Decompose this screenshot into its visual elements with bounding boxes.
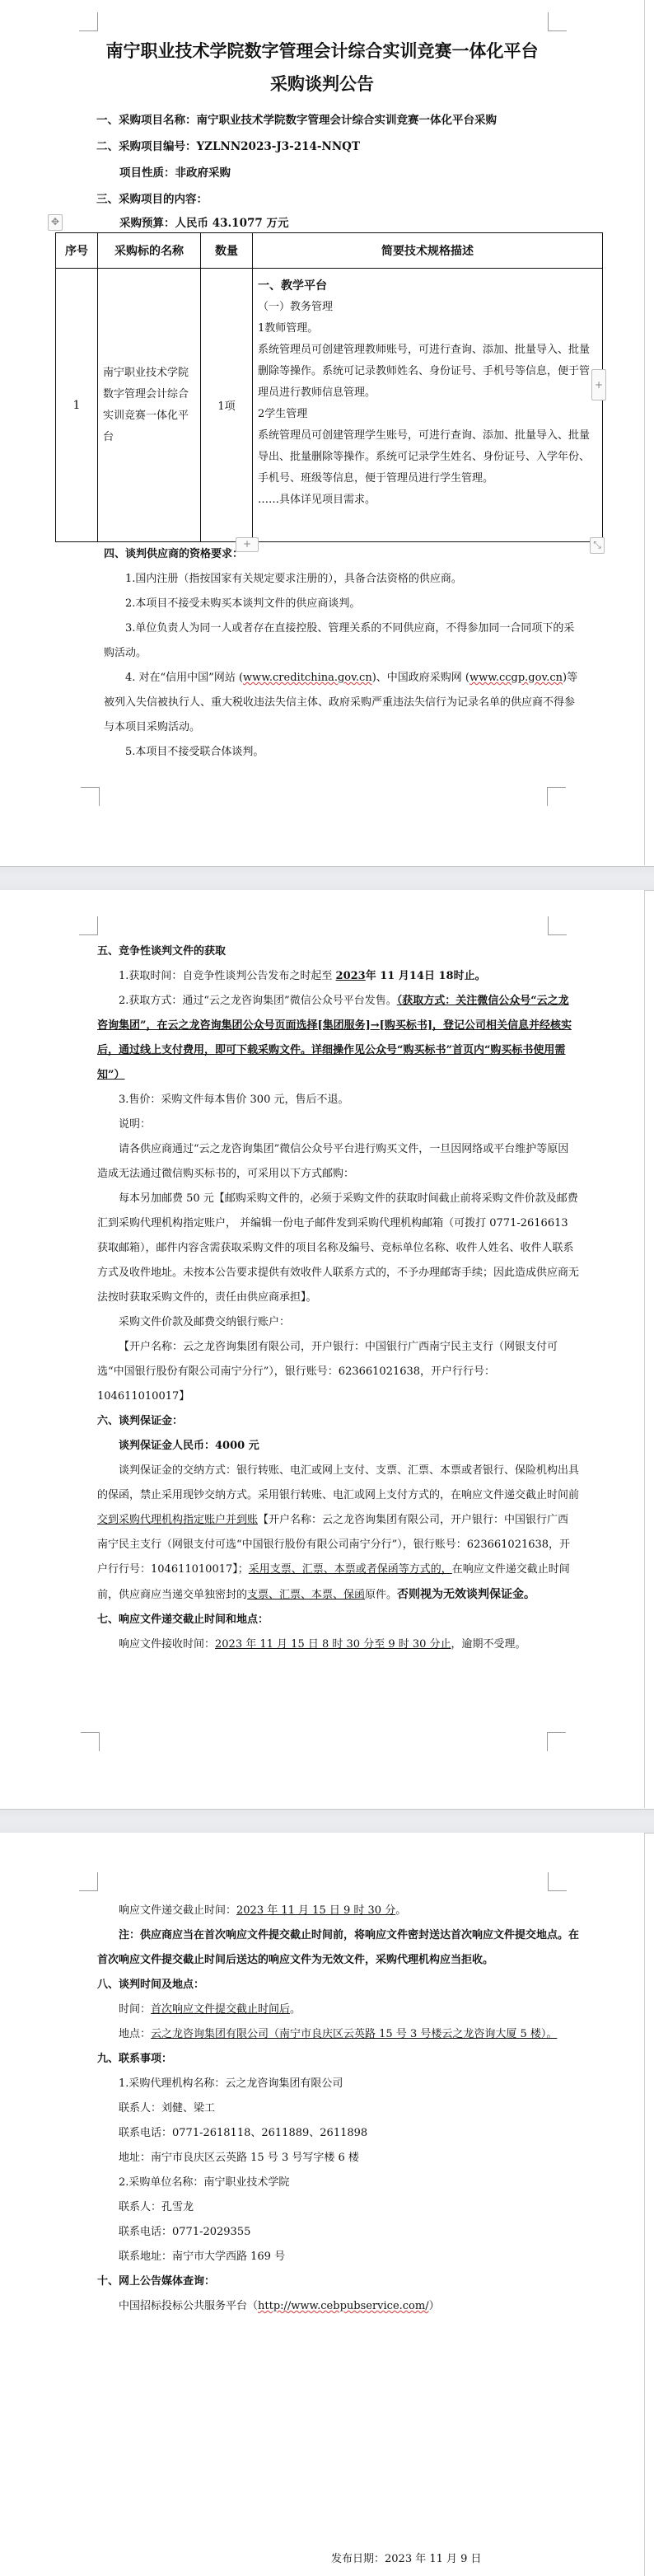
negotiation-time: 时间：首次响应文件提交截止时间后。 <box>97 1998 579 2022</box>
margin-corner-mark <box>79 1872 98 1891</box>
publish-date: 发布日期：2023 年 11 月 9 日 <box>331 2547 529 2572</box>
section6-heading: 六、谈判保证金： <box>97 1409 579 1434</box>
bank-info: 【开户名称：云之龙咨询集团有限公司，开户银行：中国银行广西南宁民主支行（网银支付… <box>97 1335 579 1409</box>
creditchina-link[interactable]: www.creditchina.gov.cn <box>243 672 372 684</box>
section3-heading: 三、采购项目的内容： <box>96 191 208 208</box>
header-quantity: 数量 <box>201 233 253 269</box>
qualification-item: 1.国内注册（指按国家有关规定要求注册的），具备合法资格的供应商。 <box>104 567 583 592</box>
header-description: 简要技术规格描述 <box>253 233 603 269</box>
margin-corner-mark <box>547 787 566 806</box>
note-label: 说明： <box>97 1112 579 1137</box>
page-1: 南宁职业技术学院数字管理会计综合实训竞赛一体化平台 采购谈判公告 一、采购项目名… <box>0 0 645 865</box>
contact-line: 联系人：孔雪龙 <box>97 2195 579 2220</box>
section-5: 五、竞争性谈判文件的获取 1.获取时间：自竞争性谈判公告发布之时起至 2023年… <box>97 939 579 1657</box>
page-break <box>0 866 654 891</box>
note-paragraph: 每本另加邮费 50 元【邮购采购文件的，必须于采购文件的获取时间截止前将采购文件… <box>97 1187 579 1310</box>
section10-heading: 十、网上公告媒体查询： <box>97 2269 579 2294</box>
page-break <box>0 1809 654 1834</box>
table-header-row: 序号 采购标的名称 数量 简要技术规格描述 <box>56 233 603 269</box>
margin-corner-mark <box>548 12 567 31</box>
margin-corner-mark <box>81 1732 100 1751</box>
bank-label: 采购文件价款及邮费交纳银行账户： <box>97 1310 579 1335</box>
margin-corner-mark <box>79 916 98 935</box>
deposit-paragraph: 谈判保证金的交纳方式：银行转账、电汇或网上支付、支票、汇票、本票或者银行、保险机… <box>97 1459 579 1608</box>
deposit-amount: 谈判保证金人民币：4000 元 <box>97 1434 579 1459</box>
contact-line: 联系电话：0771-2029355 <box>97 2220 579 2245</box>
section8-heading: 八、谈判时间及地点： <box>97 1973 579 1998</box>
cell-index: 1 <box>56 269 98 542</box>
page-2: 五、竞争性谈判文件的获取 1.获取时间：自竞争性谈判公告发布之时起至 2023年… <box>0 890 645 1808</box>
obtain-method: 2.获取方式：通过“云之龙咨询集团”微信公众号平台发售。（获取方式：关注微信公众… <box>97 989 579 1088</box>
cell-name: 南宁职业技术学院数字管理会计综合实训竞赛一体化平台 <box>98 269 201 542</box>
contact-line: 联系电话：0771-2618118、2611889、2611898 <box>97 2121 579 2146</box>
contact-line: 地址：南宁市良庆区云英路 15 号 3 号写字楼 6 楼 <box>97 2146 579 2171</box>
qualification-item: 3.单位负责人为同一人或者存在直接控股、管理关系的不同供应商，不得参加同一合同项… <box>104 616 583 666</box>
section4-heading: 四、谈判供应商的资格要求： <box>104 542 583 567</box>
cell-description: 一、教学平台 （一）教务管理 1教师管理。 系统管理员可创建管理教师账号，可进行… <box>253 269 603 542</box>
qualification-item: 5.本项目不接受联合体谈判。 <box>104 740 583 765</box>
section-4: 四、谈判供应商的资格要求： 1.国内注册（指按国家有关规定要求注册的），具备合法… <box>104 542 583 765</box>
contact-line: 联系地址：南宁市大学西路 169 号 <box>97 2245 579 2269</box>
header-name: 采购标的名称 <box>98 233 201 269</box>
document-title-line2: 采购谈判公告 <box>0 68 644 101</box>
contact-line: 联系人：刘健、梁工 <box>97 2096 579 2121</box>
project-number: 二、采购项目编号：YZLNN2023-J3-214-NNQT <box>96 138 360 155</box>
contact-line: 1.采购代理机构名称：云之龙咨询集团有限公司 <box>97 2072 579 2096</box>
section5-heading: 五、竞争性谈判文件的获取 <box>97 939 579 964</box>
section-7-continued: 响应文件递交截止时间：2023 年 11 月 15 日 9 时 30 分。 注：… <box>97 1899 579 2319</box>
project-nature: 项目性质：非政府采购 <box>119 165 231 181</box>
page-3: 响应文件递交截止时间：2023 年 11 月 15 日 9 时 30 分。 注：… <box>0 1833 645 2576</box>
contact-line: 2.采购单位名称：南宁职业技术学院 <box>97 2171 579 2195</box>
obtain-time: 1.获取时间：自竞争性谈判公告发布之时起至 2023年 11 月14日 18时止… <box>97 964 579 989</box>
table-move-handle-icon[interactable]: ✥ <box>48 214 63 231</box>
table-resize-handle-icon[interactable]: ⤡ <box>590 537 605 554</box>
header-index: 序号 <box>56 233 98 269</box>
table-row: 1 南宁职业技术学院数字管理会计综合实训竞赛一体化平台 1项 一、教学平台 （一… <box>56 269 603 542</box>
margin-corner-mark <box>547 1732 566 1751</box>
cebpubservice-link[interactable]: http://www.cebpubservice.com/ <box>258 2300 429 2312</box>
budget: 采购预算：人民币 43.1077 万元 <box>119 215 288 232</box>
margin-corner-mark <box>548 1872 567 1891</box>
margin-corner-mark <box>79 12 98 31</box>
project-name: 一、采购项目名称：南宁职业技术学院数字管理会计综合实训竞赛一体化平台采购 <box>96 112 497 129</box>
qualification-item: 4. 对在“信用中国”网站 (www.creditchina.gov.cn)、中… <box>104 666 583 740</box>
add-column-icon[interactable]: + <box>591 369 606 400</box>
ccgp-link[interactable]: www.ccgp.gov.cn <box>469 672 563 684</box>
margin-corner-mark <box>548 916 567 935</box>
margin-corner-mark <box>81 787 100 806</box>
cell-quantity: 1项 <box>201 269 253 542</box>
section9-heading: 九、联系事项： <box>97 2047 579 2072</box>
document-title-line1: 南宁职业技术学院数字管理会计综合实训竞赛一体化平台 <box>0 35 644 68</box>
deadline-note: 注：供应商应当在首次响应文件提交截止时间前，将响应文件密封送达首次响应文件提交地… <box>97 1923 579 1973</box>
receive-time: 响应文件接收时间：2023 年 11 月 15 日 8 时 30 分至 9 时 … <box>97 1632 579 1657</box>
negotiation-place: 地点：云之龙咨询集团有限公司（南宁市良庆区云英路 15 号 3 号楼云之龙咨询大… <box>97 2022 579 2047</box>
note-paragraph: 请各供应商通过“云之龙咨询集团”微信公众号平台进行购买文件，一旦因网络或平台维护… <box>97 1137 579 1187</box>
publication-platform: 中国招标投标公共服务平台（http://www.cebpubservice.co… <box>97 2294 579 2319</box>
qualification-item: 2.本项目不接受未购买本谈判文件的供应商谈判。 <box>104 592 583 616</box>
spec-table: 序号 采购标的名称 数量 简要技术规格描述 1 南宁职业技术学院数字管理会计综合… <box>55 232 603 542</box>
section7-heading: 七、响应文件递交截止时间和地点： <box>97 1608 579 1632</box>
deadline: 响应文件递交截止时间：2023 年 11 月 15 日 9 时 30 分。 <box>97 1899 579 1923</box>
price: 3.售价：采购文件每本售价 300 元，售后不退。 <box>97 1088 579 1112</box>
